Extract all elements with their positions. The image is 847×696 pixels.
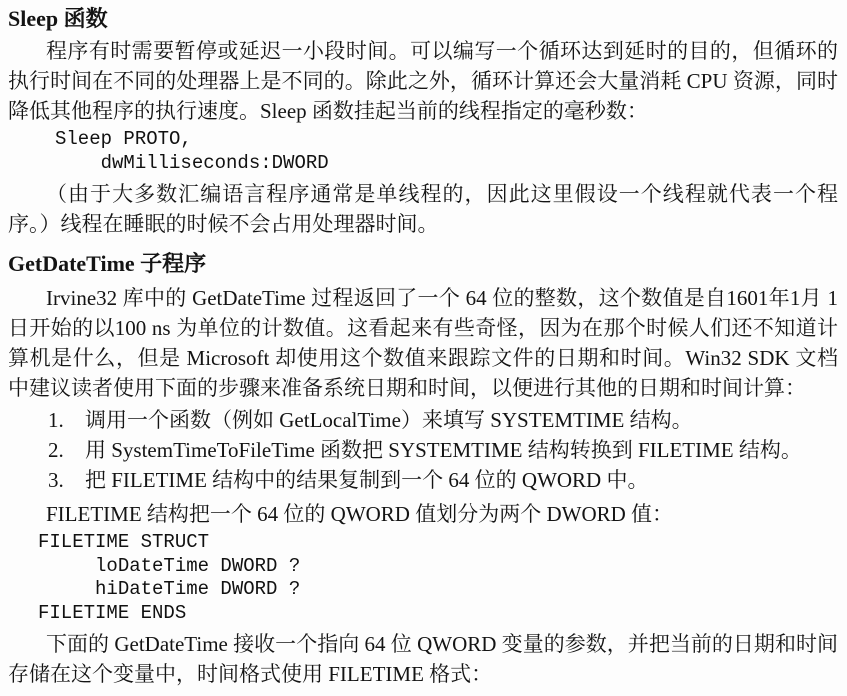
getdatetime-usage-paragraph: 下面的 GetDateTime 接收一个指向 64 位 QWORD 变量的参数，… xyxy=(8,629,838,689)
step-text: 用 SystemTimeToFileTime 函数把 SYSTEMTIME 结构… xyxy=(85,438,802,462)
section-sleep-function: Sleep 函数 程序有时需要暂停或延迟一小段时间。可以编写一个循环达到延时的目… xyxy=(8,6,838,239)
section-getdatetime: GetDateTime 子程序 Irvine32 库中的 GetDateTime… xyxy=(8,251,838,689)
step-number: 2. xyxy=(48,435,85,465)
step-item-2: 2.用 SystemTimeToFileTime 函数把 SYSTEMTIME … xyxy=(8,435,838,465)
step-text: 调用一个函数（例如 GetLocalTime）来填写 SYSTEMTIME 结构… xyxy=(85,408,693,432)
step-item-3: 3.把 FILETIME 结构中的结果复制到一个 64 位的 QWORD 中。 xyxy=(8,465,838,495)
sleep-section-heading: Sleep 函数 xyxy=(8,6,838,32)
thread-note-paragraph: （由于大多数汇编语言程序通常是单线程的，因此这里假设一个线程就代表一个程序。）线… xyxy=(8,179,838,239)
step-number: 3. xyxy=(48,465,85,495)
filetime-struct-code-block: FILETIME STRUCT loDateTime DWORD ? hiDat… xyxy=(8,531,838,625)
sleep-intro-paragraph: 程序有时需要暂停或延迟一小段时间。可以编写一个循环达到延时的目的，但循环的执行时… xyxy=(8,36,838,126)
sleep-proto-code-block: Sleep PROTO, dwMilliseconds:DWORD xyxy=(8,128,838,175)
datetime-preparation-steps: 1.调用一个函数（例如 GetLocalTime）来填写 SYSTEMTIME … xyxy=(8,405,838,495)
step-text: 把 FILETIME 结构中的结果复制到一个 64 位的 QWORD 中。 xyxy=(85,468,648,492)
getdatetime-intro-paragraph: Irvine32 库中的 GetDateTime 过程返回了一个 64 位的整数… xyxy=(8,283,838,403)
filetime-intro-paragraph: FILETIME 结构把一个 64 位的 QWORD 值划分为两个 DWORD … xyxy=(8,499,838,529)
document-page: Sleep 函数 程序有时需要暂停或延迟一小段时间。可以编写一个循环达到延时的目… xyxy=(8,6,838,696)
step-number: 1. xyxy=(48,405,85,435)
getdatetime-section-heading: GetDateTime 子程序 xyxy=(8,251,838,277)
step-item-1: 1.调用一个函数（例如 GetLocalTime）来填写 SYSTEMTIME … xyxy=(8,405,838,435)
